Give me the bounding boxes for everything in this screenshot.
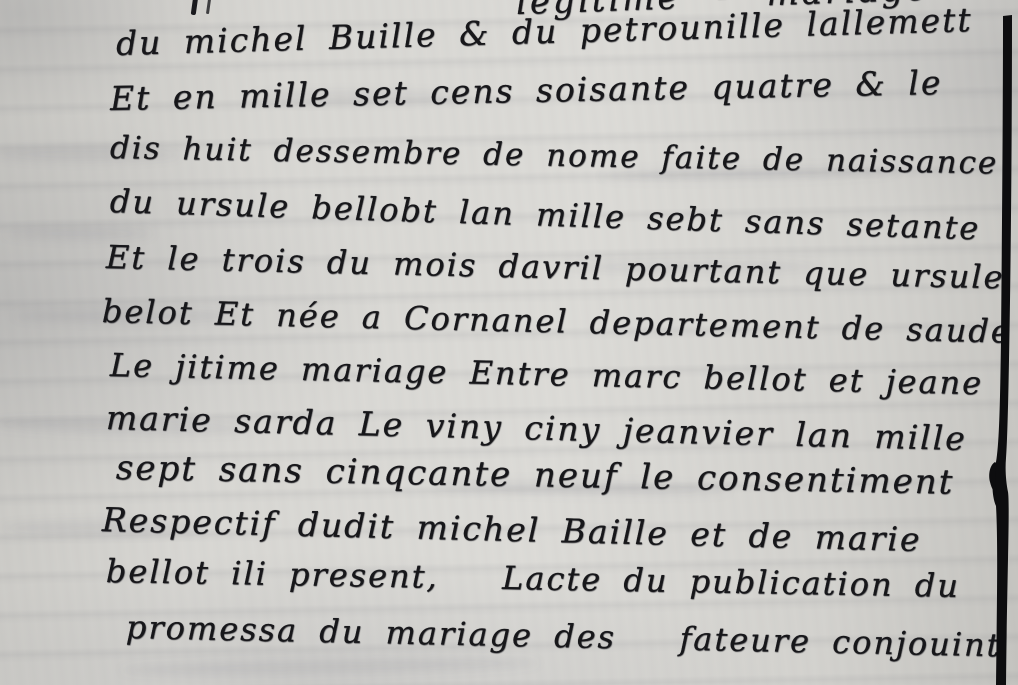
manuscript-line: Le jitime mariage Entre marc bellot et j… xyxy=(110,346,984,402)
manuscript-line: promessa du mariage des fateure conjouin… xyxy=(126,608,1002,664)
bleed-smear xyxy=(120,656,540,676)
manuscript-line: dis huit dessembre de nome faite de nais… xyxy=(110,130,999,182)
bleed-smear xyxy=(4,228,154,239)
manuscript-line: bellot ili present, Lacte du publication… xyxy=(106,552,961,605)
manuscript-line: du ursule bellobt lan mille sebt sans se… xyxy=(109,182,981,247)
manuscript-line: belot Et née a Cornanel departement de s… xyxy=(102,292,1013,351)
manuscript-line: Et le trois du mois davril pourtant que … xyxy=(106,238,1005,296)
manuscript-page: legitime - mariage du michel Buille & du… xyxy=(0,0,1018,685)
cropped-ink-stroke xyxy=(191,0,199,15)
manuscript-line: Respectif dudit michel Baille et de mari… xyxy=(102,500,923,559)
manuscript-line: sept sans cinqcante neuf le consentiment xyxy=(116,448,955,503)
manuscript-line: marie sarda Le viny ciny jeanvier lan mi… xyxy=(106,398,968,458)
manuscript-line: Et en mille set cens soisante quatre & l… xyxy=(110,63,943,118)
